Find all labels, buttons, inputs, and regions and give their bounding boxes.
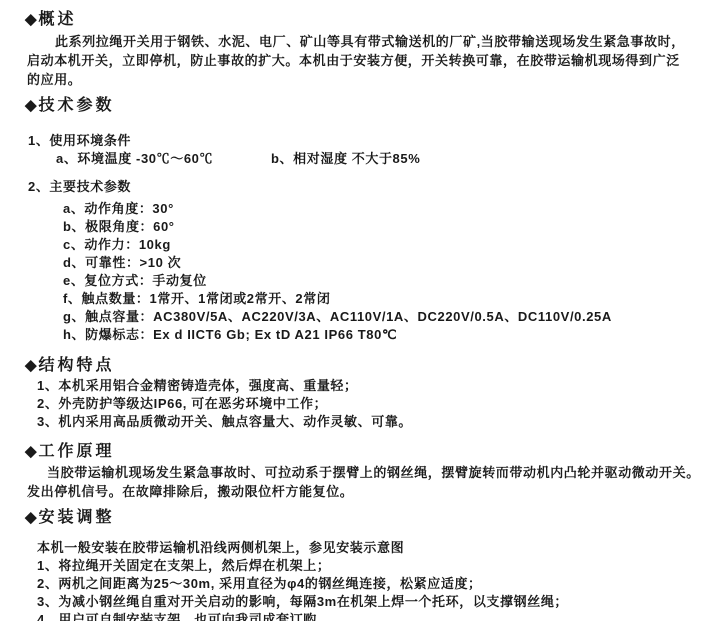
tech-param-item: f、触点数量：1常开、1常闭或2常开、2常闭	[63, 290, 704, 308]
section-tech-params: ◆技术参数 1、使用环境条件 a、环境温度 -30℃～60℃b、相对湿度 不大于…	[0, 95, 704, 344]
diamond-bullet-icon: ◆	[25, 97, 37, 114]
env-conditions-row: a、环境温度 -30℃～60℃b、相对湿度 不大于85%	[56, 150, 704, 168]
tech-param-item: d、可靠性：>10 次	[63, 254, 704, 272]
tech-param-item: h、防爆标志：Ex d IICT6 Gb; Ex tD A21 IP66 T80…	[63, 326, 704, 344]
diamond-bullet-icon: ◆	[25, 11, 37, 28]
overview-heading: ◆概述	[25, 9, 704, 30]
tech-params-heading: ◆技术参数	[25, 95, 704, 116]
structure-features-heading: ◆结构特点	[25, 355, 704, 376]
tech-param-item: a、动作角度：30°	[63, 200, 704, 218]
tech-params-heading-text: 技术参数	[39, 97, 115, 114]
installation-intro: 本机一般安装在胶带运输机沿线两侧机架上，参见安装示意图	[37, 539, 704, 557]
section-structure-features: ◆结构特点 1、本机采用铝合金精密铸造壳体，强度高、重量轻； 2、外壳防护等级达…	[0, 355, 704, 431]
section-installation: ◆安装调整 本机一般安装在胶带运输机沿线两侧机架上，参见安装示意图 1、将拉绳开…	[0, 507, 704, 621]
installation-heading-text: 安装调整	[39, 509, 115, 526]
installation-step: 3、为减小钢丝绳自重对开关启动的影响，每隔3m在机架上焊一个托环，以支撑钢丝绳；	[37, 593, 704, 611]
installation-step: 4、用户可自制安装支架，也可向我司成套订购。	[37, 611, 704, 621]
tech-param-item: b、极限角度：60°	[63, 218, 704, 236]
overview-paragraph: 此系列拉绳开关用于钢铁、水泥、电厂、矿山等具有带式输送机的厂矿,当胶带输送现场发…	[27, 32, 689, 89]
overview-heading-text: 概述	[39, 11, 77, 28]
tech-param-item: e、复位方式：手动复位	[63, 272, 704, 290]
main-params-list: a、动作角度：30° b、极限角度：60° c、动作力：10kg d、可靠性：>…	[63, 200, 704, 344]
section-overview: ◆概述 此系列拉绳开关用于钢铁、水泥、电厂、矿山等具有带式输送机的厂矿,当胶带输…	[0, 9, 704, 89]
structure-features-heading-text: 结构特点	[39, 357, 115, 374]
main-params-title: 2、主要技术参数	[28, 178, 704, 196]
datasheet-page: ◆概述 此系列拉绳开关用于钢铁、水泥、电厂、矿山等具有带式输送机的厂矿,当胶带输…	[0, 0, 704, 621]
working-principle-heading-text: 工作原理	[39, 443, 115, 460]
diamond-bullet-icon: ◆	[25, 509, 37, 526]
diamond-bullet-icon: ◆	[25, 443, 37, 460]
structure-features-list: 1、本机采用铝合金精密铸造壳体，强度高、重量轻； 2、外壳防护等级达IP66, …	[37, 377, 704, 431]
diamond-bullet-icon: ◆	[25, 357, 37, 374]
section-working-principle: ◆工作原理 当胶带运输机现场发生紧急事故时、可拉动系于摆臂上的钢丝绳，摆臂旋转而…	[0, 441, 704, 501]
tech-param-item: g、触点容量：AC380V/5A、AC220V/3A、AC110V/1A、DC2…	[63, 308, 704, 326]
installation-step: 1、将拉绳开关固定在支架上，然后焊在机架上；	[37, 557, 704, 575]
env-temperature: a、环境温度 -30℃～60℃	[56, 150, 271, 168]
structure-feature-item: 1、本机采用铝合金精密铸造壳体，强度高、重量轻；	[37, 377, 704, 395]
tech-param-item: c、动作力：10kg	[63, 236, 704, 254]
installation-step: 2、两机之间距离为25～30m, 采用直径为φ4的钢丝绳连接，松紧应适度；	[37, 575, 704, 593]
installation-steps-list: 1、将拉绳开关固定在支架上，然后焊在机架上； 2、两机之间距离为25～30m, …	[37, 557, 704, 621]
working-principle-heading: ◆工作原理	[25, 441, 704, 462]
installation-heading: ◆安装调整	[25, 507, 704, 528]
working-principle-paragraph: 当胶带运输机现场发生紧急事故时、可拉动系于摆臂上的钢丝绳，摆臂旋转而带动机内凸轮…	[27, 464, 703, 501]
structure-feature-item: 3、机内采用高品质微动开关、触点容量大、动作灵敏、可靠。	[37, 413, 704, 431]
structure-feature-item: 2、外壳防护等级达IP66, 可在恶劣环境中工作；	[37, 395, 704, 413]
env-conditions-title: 1、使用环境条件	[28, 132, 704, 150]
env-humidity: b、相对湿度 不大于85%	[271, 151, 420, 166]
